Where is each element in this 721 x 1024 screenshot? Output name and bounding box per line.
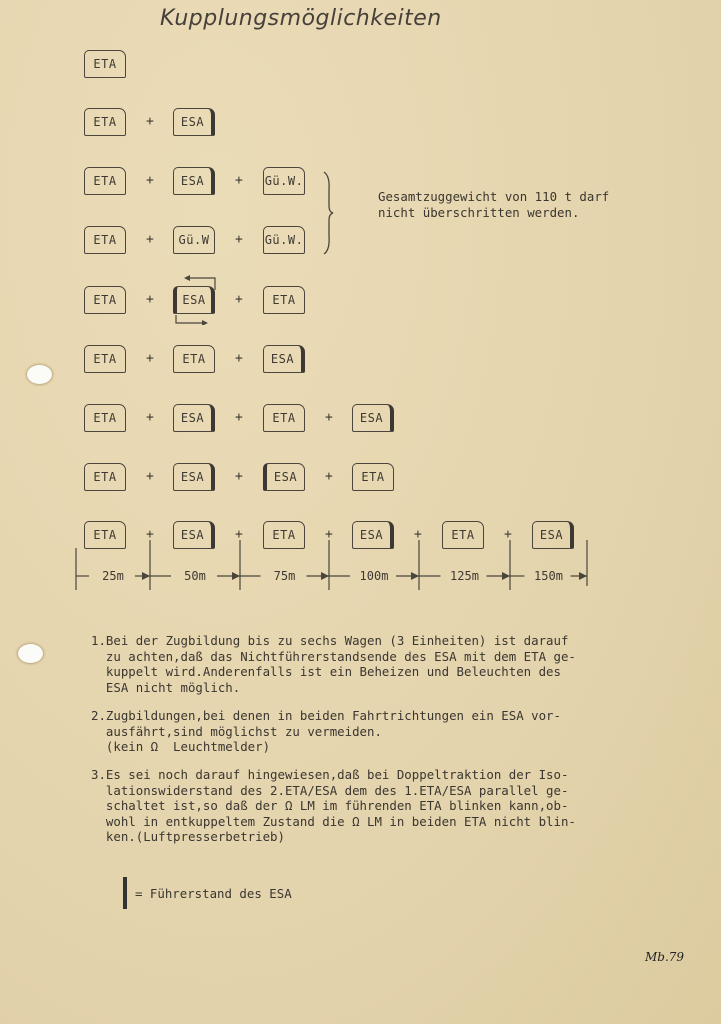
svg-text:50m: 50m bbox=[184, 569, 206, 583]
vehicle-unit: ESA bbox=[173, 108, 215, 136]
vehicle-unit: ESA bbox=[173, 463, 215, 491]
note-2: 2.Zugbildungen,bei denen in beiden Fahrt… bbox=[91, 708, 561, 755]
vehicle-unit: ESA bbox=[352, 404, 394, 432]
plus-sign: + bbox=[146, 469, 154, 484]
plus-sign: + bbox=[235, 173, 243, 188]
vehicle-unit: Gü.W bbox=[173, 226, 215, 254]
vehicle-unit: ETA bbox=[84, 167, 126, 195]
vehicle-unit: ETA bbox=[84, 226, 126, 254]
svg-text:150m: 150m bbox=[534, 569, 563, 583]
vehicle-unit: Gü.W. bbox=[263, 226, 305, 254]
plus-sign: + bbox=[325, 410, 333, 425]
direction-arrows bbox=[168, 275, 218, 325]
vehicle-unit: ETA bbox=[263, 404, 305, 432]
plus-sign: + bbox=[146, 232, 154, 247]
legend-text: = Führerstand des ESA bbox=[135, 886, 292, 902]
vehicle-unit: ETA bbox=[84, 463, 126, 491]
plus-sign: + bbox=[235, 292, 243, 307]
plus-sign: + bbox=[146, 173, 154, 188]
note-3: 3.Es sei noch darauf hingewiesen,daß bei… bbox=[91, 767, 576, 845]
plus-sign: + bbox=[235, 351, 243, 366]
vehicle-unit: ESA bbox=[173, 167, 215, 195]
vehicle-unit: ETA bbox=[84, 345, 126, 373]
weight-limit-note: Gesamtzuggewicht von 110 t darf nicht üb… bbox=[378, 189, 609, 220]
vehicle-unit: ETA bbox=[263, 286, 305, 314]
vehicle-unit: ETA bbox=[352, 463, 394, 491]
brace bbox=[322, 170, 336, 256]
plus-sign: + bbox=[235, 232, 243, 247]
vehicle-unit: ETA bbox=[84, 108, 126, 136]
vehicle-unit: ETA bbox=[84, 404, 126, 432]
punch-hole bbox=[27, 365, 52, 384]
punch-hole bbox=[18, 644, 43, 663]
signature: Mb.79 bbox=[645, 950, 684, 964]
plus-sign: + bbox=[325, 469, 333, 484]
vehicle-unit: ETA bbox=[173, 345, 215, 373]
vehicle-unit: ETA bbox=[84, 50, 126, 78]
plus-sign: + bbox=[235, 469, 243, 484]
vehicle-unit: ESA bbox=[263, 345, 305, 373]
vehicle-unit: ESA bbox=[263, 463, 305, 491]
plus-sign: + bbox=[146, 351, 154, 366]
svg-text:100m: 100m bbox=[360, 569, 389, 583]
svg-text:75m: 75m bbox=[274, 569, 296, 583]
note-1: 1.Bei der Zugbildung bis zu sechs Wagen … bbox=[91, 633, 576, 695]
vehicle-unit: ETA bbox=[84, 286, 126, 314]
distance-scale: 25m50m75m100m125m150m bbox=[70, 540, 610, 595]
svg-text:125m: 125m bbox=[450, 569, 479, 583]
page-title: Kupplungsmöglichkeiten bbox=[160, 6, 442, 31]
vehicle-unit: Gü.W. bbox=[263, 167, 305, 195]
plus-sign: + bbox=[146, 292, 154, 307]
plus-sign: + bbox=[146, 410, 154, 425]
cab-marker-symbol bbox=[123, 877, 127, 909]
plus-sign: + bbox=[146, 114, 154, 129]
vehicle-unit: ESA bbox=[173, 404, 215, 432]
plus-sign: + bbox=[235, 410, 243, 425]
svg-text:25m: 25m bbox=[102, 569, 124, 583]
